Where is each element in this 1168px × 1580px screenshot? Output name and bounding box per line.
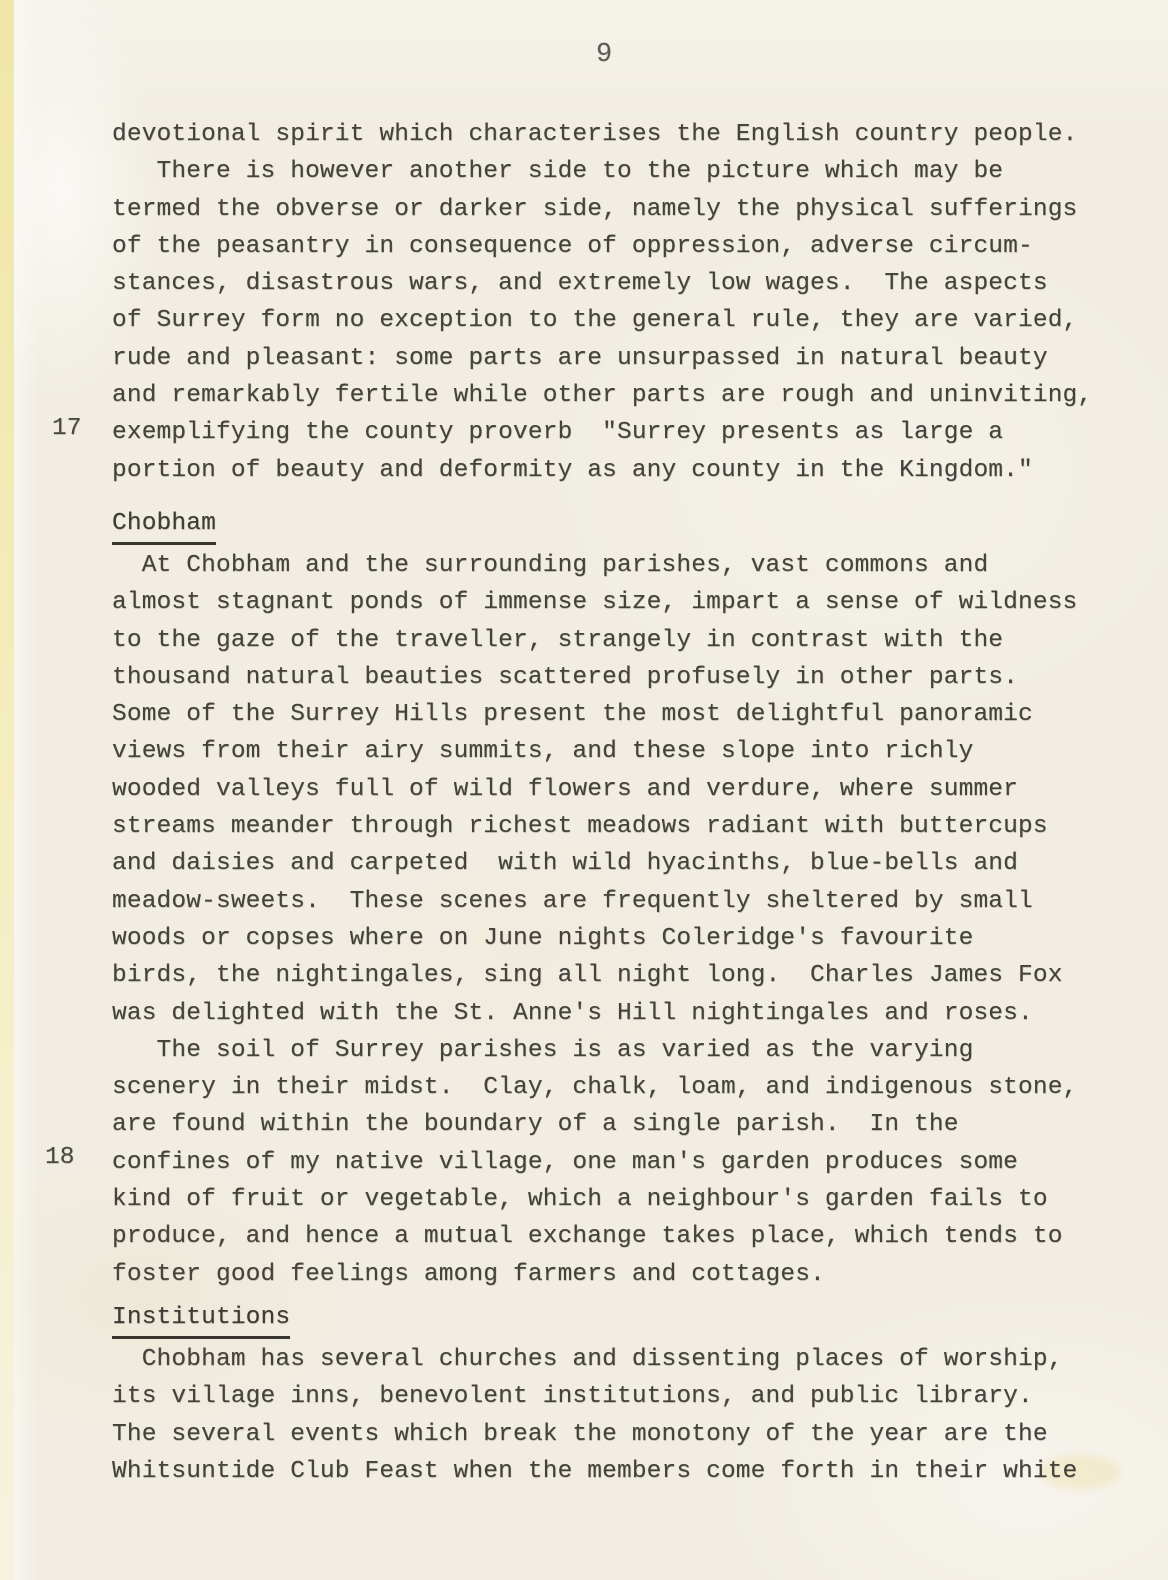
text-line: The soil of Surrey parishes is as varied… bbox=[112, 1032, 1077, 1069]
text-line: termed the obverse or darker side, namel… bbox=[112, 191, 1092, 228]
text-line: devotional spirit which characterises th… bbox=[112, 116, 1092, 153]
section-heading: Chobham bbox=[112, 509, 216, 545]
text-line: was delighted with the St. Anne's Hill n… bbox=[112, 995, 1077, 1032]
paragraph: devotional spirit which characterises th… bbox=[112, 116, 1092, 489]
text-line: exemplifying the county proverb "Surrey … bbox=[112, 414, 1092, 451]
text-line: stances, disastrous wars, and extremely … bbox=[112, 265, 1092, 302]
text-line: of the peasantry in consequence of oppre… bbox=[112, 228, 1092, 265]
text-line: The several events which break the monot… bbox=[112, 1416, 1077, 1453]
margin-note: 17 bbox=[52, 415, 81, 442]
text-line: confines of my native village, one man's… bbox=[112, 1144, 1077, 1181]
paragraph: Chobham has several churches and dissent… bbox=[112, 1341, 1077, 1490]
text-line: wooded valleys full of wild flowers and … bbox=[112, 771, 1077, 808]
text-line: views from their airy summits, and these… bbox=[112, 733, 1077, 770]
section-heading-text: Institutions bbox=[112, 1303, 290, 1339]
text-line: its village inns, benevolent institution… bbox=[112, 1378, 1077, 1415]
text-line: foster good feelings among farmers and c… bbox=[112, 1256, 1077, 1293]
margin-note: 18 bbox=[45, 1144, 74, 1171]
text-line: There is however another side to the pic… bbox=[112, 153, 1092, 190]
text-line: At Chobham and the surrounding parishes,… bbox=[112, 547, 1077, 584]
text-line: and daisies and carpeted with wild hyaci… bbox=[112, 845, 1077, 882]
text-line: are found within the boundary of a singl… bbox=[112, 1106, 1077, 1143]
text-line: scenery in their midst. Clay, chalk, loa… bbox=[112, 1069, 1077, 1106]
text-line: kind of fruit or vegetable, which a neig… bbox=[112, 1181, 1077, 1218]
document-content: devotional spirit which characterises th… bbox=[0, 0, 1168, 1580]
text-line: portion of beauty and deformity as any c… bbox=[112, 452, 1092, 489]
text-line: streams meander through richest meadows … bbox=[112, 808, 1077, 845]
paragraph: At Chobham and the surrounding parishes,… bbox=[112, 547, 1077, 1293]
text-line: Chobham has several churches and dissent… bbox=[112, 1341, 1077, 1378]
section-heading-text: Chobham bbox=[112, 509, 216, 545]
text-line: produce, and hence a mutual exchange tak… bbox=[112, 1218, 1077, 1255]
text-line: Whitsuntide Club Feast when the members … bbox=[112, 1453, 1077, 1490]
text-line: Some of the Surrey Hills present the mos… bbox=[112, 696, 1077, 733]
text-line: rude and pleasant: some parts are unsurp… bbox=[112, 340, 1092, 377]
text-line: to the gaze of the traveller, strangely … bbox=[112, 622, 1077, 659]
text-line: thousand natural beauties scattered prof… bbox=[112, 659, 1077, 696]
text-line: meadow-sweets. These scenes are frequent… bbox=[112, 883, 1077, 920]
text-line: birds, the nightingales, sing all night … bbox=[112, 957, 1077, 994]
scanned-document-page: 9 devotional spirit which characterises … bbox=[0, 0, 1168, 1580]
text-line: woods or copses where on June nights Col… bbox=[112, 920, 1077, 957]
section-heading: Institutions bbox=[112, 1303, 290, 1339]
text-line: and remarkably fertile while other parts… bbox=[112, 377, 1092, 414]
text-line: almost stagnant ponds of immense size, i… bbox=[112, 584, 1077, 621]
text-line: of Surrey form no exception to the gener… bbox=[112, 302, 1092, 339]
